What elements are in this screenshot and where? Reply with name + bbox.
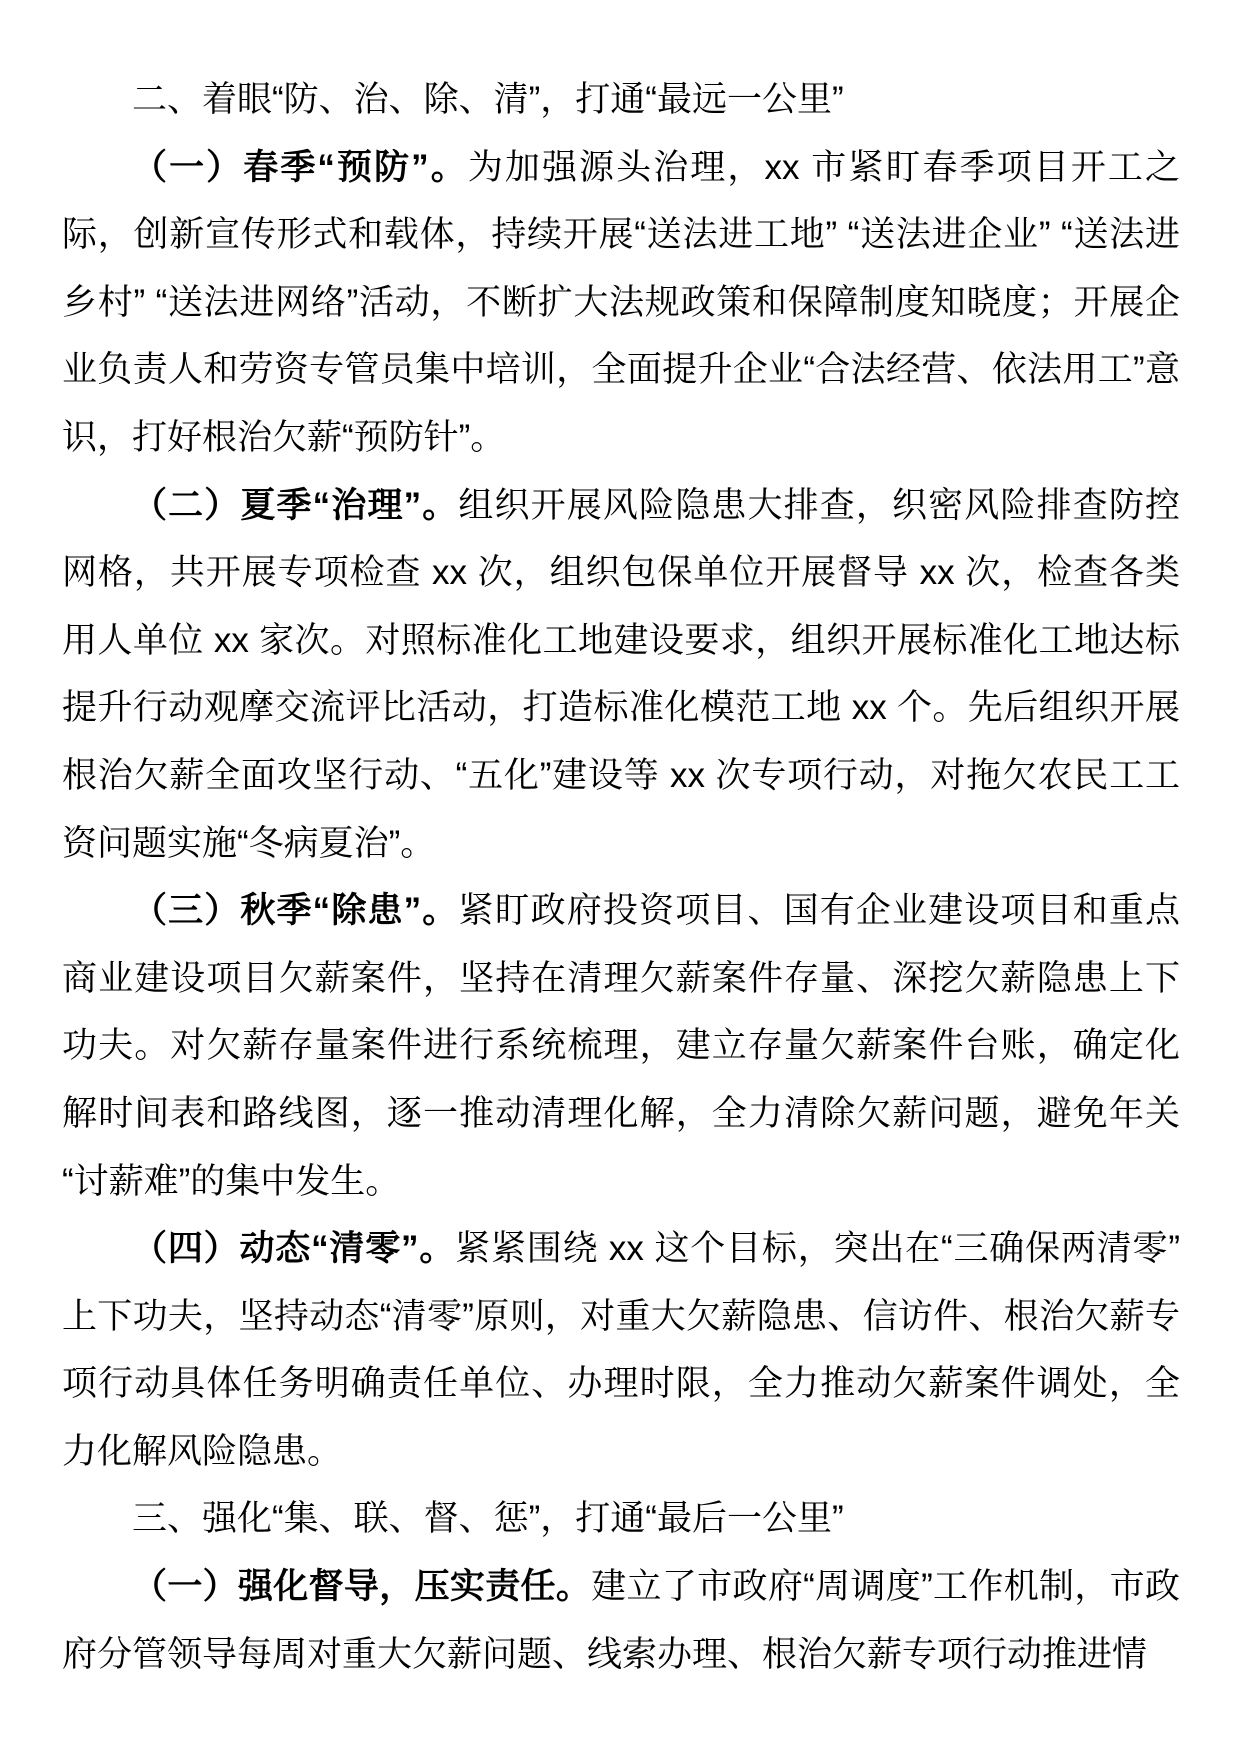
section-heading: 三、强化“集、联、督、惩”，打通“最后一公里” [62,1485,1180,1553]
paragraph-text: 二、着眼“防、治、除、清”，打通“最远一公里” [132,80,844,119]
paragraph-text: 紧盯政府投资项目、国有企业建设项目和重点商业建设项目欠薪案件，坚持在清理欠薪案件… [62,891,1180,1200]
paragraph-lead-bold: （二）夏季“治理”。 [132,486,458,525]
paragraph-text: 组织开展风险隐患大排查，织密风险排查防控网格，共开展专项检查 xx 次，组织包保… [62,486,1180,863]
paragraph: （一）强化督导，压实责任。建立了市政府“周调度”工作机制，市政府分管领导每周对重… [62,1553,1180,1688]
paragraph-lead-bold: （一）春季“预防”。 [132,148,468,187]
paragraph-lead-bold: （三）秋季“除患”。 [132,891,458,930]
section-heading: 二、着眼“防、治、除、清”，打通“最远一公里” [62,66,1180,134]
paragraph-text: 三、强化“集、联、督、惩”，打通“最后一公里” [132,1499,844,1538]
paragraph-lead-bold: （四）动态“清零”。 [132,1229,455,1268]
paragraph: （四）动态“清零”。紧紧围绕 xx 这个目标，突出在“三确保两清零”上下功夫，坚… [62,1215,1180,1485]
paragraph: （三）秋季“除患”。紧盯政府投资项目、国有企业建设项目和重点商业建设项目欠薪案件… [62,877,1180,1215]
paragraph-lead-bold: （一）强化督导，压实责任。 [132,1567,591,1606]
document-body: 二、着眼“防、治、除、清”，打通“最远一公里”（一）春季“预防”。为加强源头治理… [0,0,1240,1688]
paragraph: （二）夏季“治理”。组织开展风险隐患大排查，织密风险排查防控网格，共开展专项检查… [62,472,1180,878]
paragraph-text: 为加强源头治理，xx 市紧盯春季项目开工之际，创新宣传形式和载体，持续开展“送法… [62,148,1180,457]
document-page: 二、着眼“防、治、除、清”，打通“最远一公里”（一）春季“预防”。为加强源头治理… [0,0,1240,1754]
paragraph: （一）春季“预防”。为加强源头治理，xx 市紧盯春季项目开工之际，创新宣传形式和… [62,134,1180,472]
